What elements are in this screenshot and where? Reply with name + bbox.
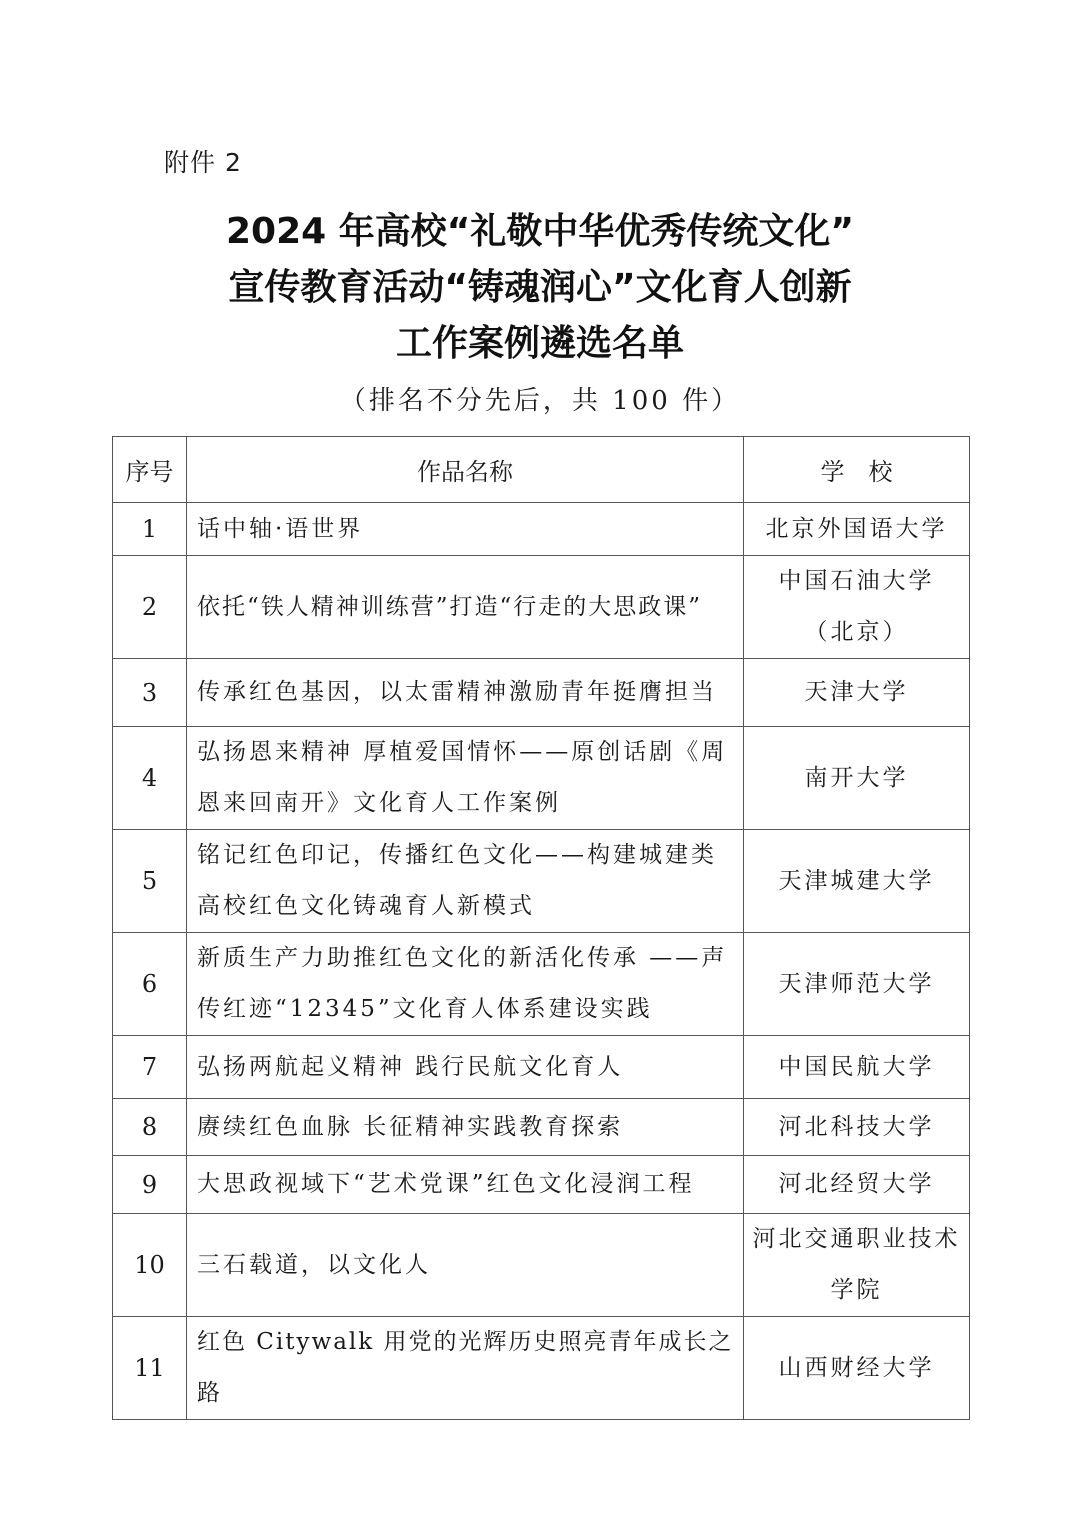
work-name: 赓续红色血脉 长征精神实践教育探索 — [187, 1099, 744, 1156]
header-number: 序号 — [113, 437, 187, 503]
work-name: 依托“铁人精神训练营”打造“行走的大思政课” — [187, 556, 744, 659]
school-name: 山西财经大学 — [744, 1317, 970, 1420]
table-row: 11 红色 Citywalk 用党的光辉历史照亮青年成长之路 山西财经大学 — [113, 1317, 970, 1420]
title-line-1: 2024 年高校“礼敬中华优秀传统文化” — [0, 204, 1080, 260]
school-name: 中国民航大学 — [744, 1036, 970, 1099]
title-line-2: 宣传教育活动“铸魂润心”文化育人创新 — [0, 260, 1080, 316]
header-work-name: 作品名称 — [187, 437, 744, 503]
work-name: 传承红色基因，以太雷精神激励青年挺膺担当 — [187, 659, 744, 727]
table-row: 6 新质生产力助推红色文化的新活化传承 ——声传红迹“12345”文化育人体系建… — [113, 933, 970, 1036]
school-name: 天津城建大学 — [744, 830, 970, 933]
table-row: 8 赓续红色血脉 长征精神实践教育探索 河北科技大学 — [113, 1099, 970, 1156]
school-name: 天津大学 — [744, 659, 970, 727]
work-name: 三石载道，以文化人 — [187, 1214, 744, 1317]
school-name: 南开大学 — [744, 727, 970, 830]
table-row: 7 弘扬两航起义精神 践行民航文化育人 中国民航大学 — [113, 1036, 970, 1099]
school-name: 北京外国语大学 — [744, 503, 970, 556]
school-name: 河北科技大学 — [744, 1099, 970, 1156]
row-number: 1 — [113, 503, 187, 556]
row-number: 7 — [113, 1036, 187, 1099]
table-header-row: 序号 作品名称 学 校 — [113, 437, 970, 503]
attachment-label: 附件 2 — [164, 143, 242, 179]
work-name: 弘扬两航起义精神 践行民航文化育人 — [187, 1036, 744, 1099]
work-name: 话中轴·语世界 — [187, 503, 744, 556]
table-row: 5 铭记红色印记，传播红色文化——构建城建类高校红色文化铸魂育人新模式 天津城建… — [113, 830, 970, 933]
row-number: 3 — [113, 659, 187, 727]
table-row: 10 三石载道，以文化人 河北交通职业技术学院 — [113, 1214, 970, 1317]
row-number: 11 — [113, 1317, 187, 1420]
work-name: 铭记红色印记，传播红色文化——构建城建类高校红色文化铸魂育人新模式 — [187, 830, 744, 933]
row-number: 2 — [113, 556, 187, 659]
row-number: 9 — [113, 1156, 187, 1214]
row-number: 6 — [113, 933, 187, 1036]
school-name: 河北经贸大学 — [744, 1156, 970, 1214]
row-number: 8 — [113, 1099, 187, 1156]
row-number: 10 — [113, 1214, 187, 1317]
row-number: 5 — [113, 830, 187, 933]
table-row: 9 大思政视域下“艺术党课”红色文化浸润工程 河北经贸大学 — [113, 1156, 970, 1214]
work-name: 大思政视域下“艺术党课”红色文化浸润工程 — [187, 1156, 744, 1214]
subtitle: （排名不分先后，共 100 件） — [0, 380, 1080, 417]
document-title: 2024 年高校“礼敬中华优秀传统文化” 宣传教育活动“铸魂润心”文化育人创新 … — [0, 204, 1080, 372]
table-row: 4 弘扬恩来精神 厚植爱国情怀——原创话剧《周恩来回南开》文化育人工作案例 南开… — [113, 727, 970, 830]
header-school: 学 校 — [744, 437, 970, 503]
row-number: 4 — [113, 727, 187, 830]
table-row: 2 依托“铁人精神训练营”打造“行走的大思政课” 中国石油大学（北京） — [113, 556, 970, 659]
work-name: 弘扬恩来精神 厚植爱国情怀——原创话剧《周恩来回南开》文化育人工作案例 — [187, 727, 744, 830]
table-row: 3 传承红色基因，以太雷精神激励青年挺膺担当 天津大学 — [113, 659, 970, 727]
case-list-table: 序号 作品名称 学 校 1 话中轴·语世界 北京外国语大学 2 依托“铁人精神训… — [112, 436, 970, 1420]
work-name: 红色 Citywalk 用党的光辉历史照亮青年成长之路 — [187, 1317, 744, 1420]
school-name: 天津师范大学 — [744, 933, 970, 1036]
school-name: 中国石油大学（北京） — [744, 556, 970, 659]
school-name: 河北交通职业技术学院 — [744, 1214, 970, 1317]
table-row: 1 话中轴·语世界 北京外国语大学 — [113, 503, 970, 556]
work-name: 新质生产力助推红色文化的新活化传承 ——声传红迹“12345”文化育人体系建设实… — [187, 933, 744, 1036]
title-line-3: 工作案例遴选名单 — [0, 316, 1080, 372]
